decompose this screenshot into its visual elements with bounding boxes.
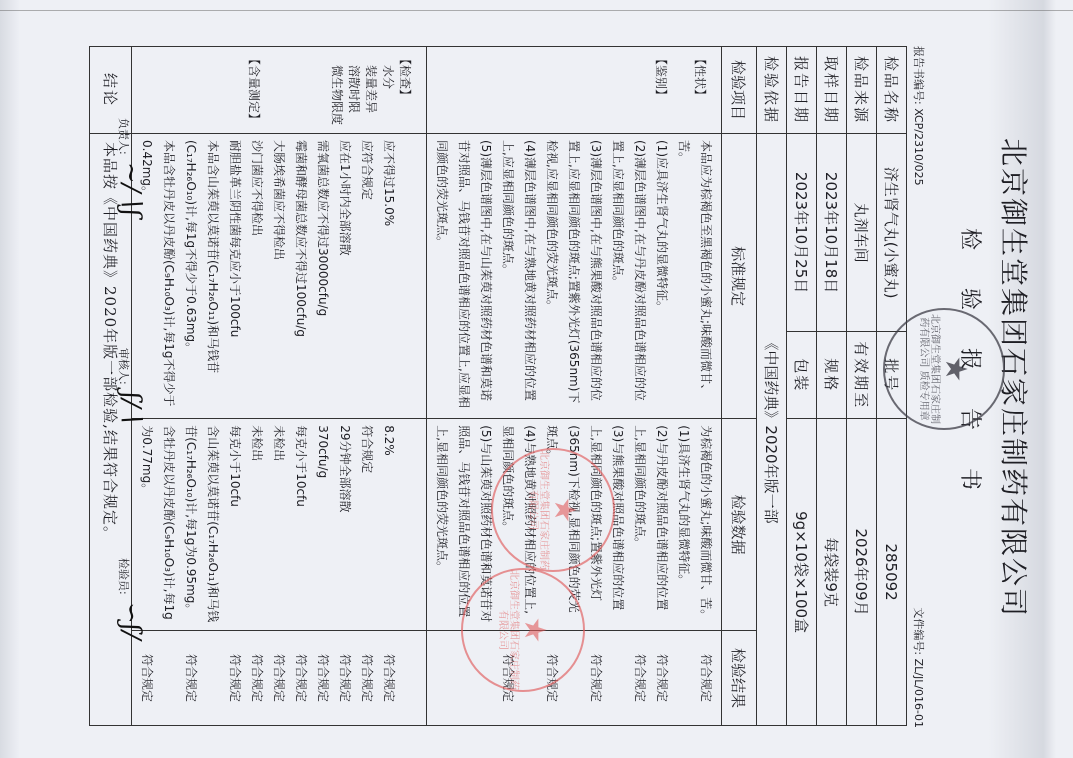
sample-date-label: 取样日期 — [817, 47, 847, 134]
responsible-label: 负责人: — [116, 118, 132, 155]
ident-data-2: (2)与丹皮酚对照品色谱相应的位置上,显相同颜色的斑点。 — [629, 425, 673, 624]
ident-standard-2: (2)薄层色谱图中,在与丹皮酚对照品色谱相应的位置上,应显相同颜色的斑点。 — [607, 140, 651, 412]
header-data: 检验数据 — [722, 419, 757, 631]
ident-standard-4: (4)薄层色谱图中,在与熟地黄对照药材相应的位置上,应显相同颜色的斑点。 — [497, 140, 541, 412]
red-company-stamp-2: ★北京御生堂集团石家庄制药有限公司 — [461, 568, 585, 692]
inspection-standard-3: 应在1小时内全部溶散 — [334, 140, 356, 412]
inspection-standard-7: 沙门菌应不得检出 — [246, 140, 268, 412]
inspection-item-3: 溶散时限 — [346, 53, 363, 127]
expiry-label: 有效期至 — [847, 332, 877, 419]
inspector-signature: ∽ʃ∕ — [116, 602, 146, 640]
inspection-data-6: 未检出 — [268, 425, 290, 624]
report-number-label: 报告书编号: — [912, 46, 925, 105]
table-row: 检品来源 丸剂车间 有效期至 2026年09月 — [847, 47, 877, 726]
source-label: 检品来源 — [847, 47, 877, 134]
report-date-label: 报告日期 — [787, 47, 817, 134]
assay-data-2: 含牡丹皮以丹皮酚(C₉H₁₀O₃)计,每1g为0.77mg。 — [136, 425, 180, 624]
red-company-stamp: ★北京御生堂集团石家庄制药有限公司 — [491, 448, 615, 572]
file-number: 文件编号: ZL/JL/016-01 — [911, 607, 927, 728]
star-icon: ★ — [549, 450, 579, 570]
data-cell: 8.2% 符合规定 29分钟全部溶散 370cfu/g 每克小于10cfu 未检… — [132, 419, 427, 631]
assay-result-1: 符合规定 — [180, 637, 202, 719]
inspection-result-3: 符合规定 — [334, 637, 356, 719]
appearance-data: 为棕褐色的小蜜丸;味酸而微甘、苦。 — [695, 425, 717, 624]
scan-edge-left — [0, 0, 20, 758]
inspection-result-7: 符合规定 — [246, 637, 268, 719]
inspection-data-4: 370cfu/g — [312, 425, 334, 624]
reviewer-label: 审核人: — [116, 348, 132, 385]
inspection-result-5: 符合规定 — [290, 637, 312, 719]
inspection-standard-1: 应不得过15.0% — [378, 140, 400, 412]
file-number-label: 文件编号: — [912, 607, 925, 655]
table-row: 检验依据 《中国药典》2020年版一部 — [757, 47, 787, 726]
item-cell: 【性状】 【鉴别】 — [427, 47, 722, 134]
inspection-item-4: 微生物限度 — [329, 53, 346, 127]
section-appearance: 【性状】 — [692, 53, 709, 127]
expiry-value: 2026年09月 — [847, 419, 877, 726]
table-row: 报告日期 2023年10月25日 包装 9g×10袋×100盒 — [787, 47, 817, 726]
assay-result-2: 符合规定 — [136, 637, 158, 719]
table-row: 【检查】 水分 装量差异 溶散时限 微生物限度 【含量测定】 应不得过15.0%… — [132, 47, 427, 726]
sample-date-value: 2023年10月18日 — [817, 134, 847, 332]
inspection-data-2: 符合规定 — [356, 425, 378, 624]
report-number: 报告书编号: XCP/2310/025 — [911, 46, 927, 186]
inspection-item-2: 装量差异 — [363, 53, 380, 127]
standard-cell: 本品应为棕褐色至黑褐色的小蜜丸;味酸而微甘、苦。 (1)应具济生肾气丸的显微特征… — [427, 134, 722, 419]
source-value: 丸剂车间 — [847, 134, 877, 332]
result-cell: 符合规定 符合规定 符合规定 符合规定 符合规定 符合规定 符合规定 符合规定 … — [132, 631, 427, 726]
header-item: 检验项目 — [722, 47, 757, 134]
spec-label: 规格 — [817, 332, 847, 419]
inspector-label: 检验员: — [116, 558, 132, 595]
ident-standard-1: (1)应具济生肾气丸的显微特征。 — [651, 140, 673, 412]
inspection-standard-6: 大肠埃希菌应不得检出 — [268, 140, 290, 412]
package-label: 包装 — [787, 332, 817, 419]
basis-value: 《中国药典》2020年版一部 — [757, 134, 787, 726]
inspection-result-8: 符合规定 — [224, 637, 246, 719]
appearance-result: 符合规定 — [695, 637, 717, 719]
ident-standard-3: (3)薄层色谱图中,在与熊果酸对照品色谱相应的位置上,应显相同颜色的斑点;置紫外… — [541, 140, 607, 412]
inspection-item-1: 水分 — [380, 53, 397, 127]
header-result: 检验结果 — [722, 631, 757, 726]
inspection-result-1: 符合规定 — [378, 637, 400, 719]
section-assay: 【含量测定】 — [246, 53, 263, 127]
inspection-standard-5: 霉菌和酵母菌总数应不得过100cfu/g — [290, 140, 312, 412]
ident-result-3: 符合规定 — [585, 637, 607, 719]
product-name-value: 济生肾气丸(小蜜丸) — [877, 134, 907, 332]
header-standard: 标准规定 — [722, 134, 757, 419]
quality-inspection-stamp: ★北京御生堂集团石家庄制药有限公司 质检专用章 — [883, 308, 1005, 430]
assay-standard-1: 本品含山茱萸以莫诺苷(C₁₇H₂₆O₁₁)和马钱苷(C₁₇H₂₆O₁₀)计,每1… — [180, 140, 224, 412]
responsible-signature: ~∕∖ʃ — [116, 162, 146, 216]
assay-data-1: 含山茱萸以莫诺苷(C₁₇H₂₆O₁₁)和马钱苷(C₁₇H₂₆O₁₀)计,每1g为… — [180, 425, 224, 624]
inspection-standard-2: 应符合规定 — [356, 140, 378, 412]
inspection-data-5: 每克小于10cfu — [290, 425, 312, 624]
ident-data-1: (1)具济生肾气丸的显微特征。 — [673, 425, 695, 624]
table-row: 取样日期 2023年10月18日 规格 每袋装9克 — [817, 47, 847, 726]
file-number-value: ZL/JL/016-01 — [912, 659, 925, 728]
batch-value: 285092 — [877, 419, 907, 726]
star-icon: ★ — [519, 570, 549, 690]
inspection-result-6: 符合规定 — [268, 637, 290, 719]
appearance-standard: 本品应为棕褐色至黑褐色的小蜜丸;味酸而微甘、苦。 — [673, 140, 717, 412]
table-header-row: 检验项目 标准规定 检验数据 检验结果 — [722, 47, 757, 726]
star-icon: ★ — [940, 310, 970, 428]
reviewer-signature: ʃ∕∖ — [116, 392, 146, 424]
inspection-data-1: 8.2% — [378, 425, 400, 624]
inspection-result-2: 符合规定 — [356, 637, 378, 719]
report-date-value: 2023年10月25日 — [787, 134, 817, 332]
inspection-result-4: 符合规定 — [312, 637, 334, 719]
report-number-value: XCP/2310/025 — [912, 108, 925, 185]
spec-value: 每袋装9克 — [817, 419, 847, 726]
standard-cell: 应不得过15.0% 应符合规定 应在1小时内全部溶散 需氧菌总数应不得过3000… — [132, 134, 427, 419]
ident-result-2: 符合规定 — [629, 637, 651, 719]
section-identification: 【鉴别】 — [653, 53, 670, 127]
inspection-data-8: 每克小于10cfu — [224, 425, 246, 624]
item-cell: 【检查】 水分 装量差异 溶散时限 微生物限度 【含量测定】 — [132, 47, 427, 134]
section-inspection: 【检查】 — [397, 53, 414, 127]
inspection-data-7: 未检出 — [246, 425, 268, 624]
inspection-data-3: 29分钟全部溶散 — [334, 425, 356, 624]
inspection-standard-4: 需氧菌总数应不得过30000cfu/g — [312, 140, 334, 412]
scan-border-line — [0, 10, 1073, 11]
inspection-report-page: 北京御生堂集团石家庄制药有限公司 检验报告书 报告书编号: XCP/2310/0… — [85, 28, 1045, 728]
ident-result-1: 符合规定 — [651, 637, 673, 719]
package-value: 9g×10袋×100盒 — [787, 419, 817, 726]
basis-label: 检验依据 — [757, 47, 787, 134]
ident-standard-5: (5)薄层色谱图中,在与山茱萸对照药材色谱和莫诺苷对照品、马钱苷对照品色谱相应的… — [431, 140, 497, 412]
product-name-label: 检品名称 — [877, 47, 907, 134]
inspection-standard-8: 耐胆盐革兰阴性菌每克应小于100cfu — [224, 140, 246, 412]
